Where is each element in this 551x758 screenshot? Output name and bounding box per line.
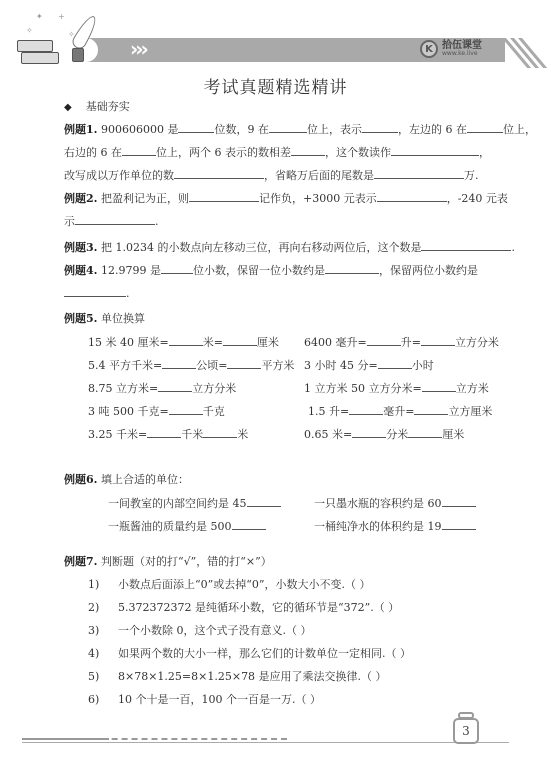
- answer-blank[interactable]: [223, 334, 257, 346]
- footer-rule: [22, 738, 509, 744]
- question-1-line-2: 右边的 6 在位上，两个 6 表示的数相差，这个数读作，: [64, 141, 490, 164]
- conversion-row-5-left: 3.25 千米=千米米: [88, 423, 248, 446]
- answer-blank[interactable]: [377, 190, 447, 202]
- answer-blank[interactable]: [374, 167, 464, 179]
- answer-blank[interactable]: [64, 285, 126, 297]
- conversion-row-1-left: 15 米 40 厘米=米=厘米: [88, 331, 279, 354]
- answer-blank[interactable]: [162, 357, 196, 369]
- true-false-item[interactable]: 5)8×78×1.25=8×1.25×78 是应用了乘法交换律.（ ）: [88, 665, 387, 688]
- unit-item: 一只墨水瓶的容积约是 60: [314, 492, 476, 515]
- answer-blank[interactable]: [291, 144, 325, 156]
- answer-blank[interactable]: [378, 357, 412, 369]
- conversion-row-3-right: 1 立方米 50 立方分米=立方米: [304, 377, 489, 400]
- conversion-row-2-left: 5.4 平方千米=公顷=平方米: [88, 354, 294, 377]
- answer-blank[interactable]: [362, 121, 398, 133]
- brand-logo: K 拾伍课堂 www.ke.live: [420, 40, 482, 58]
- answer-blank[interactable]: [203, 426, 237, 438]
- answer-blank[interactable]: [169, 334, 203, 346]
- answer-blank[interactable]: [158, 380, 192, 392]
- conversion-row-2-right: 3 小时 45 分=小时: [304, 354, 434, 377]
- answer-blank[interactable]: [269, 121, 307, 133]
- page-number: 3: [453, 718, 479, 744]
- unit-item: 一间教室的内部空间约是 45: [108, 492, 281, 515]
- answer-blank[interactable]: [178, 121, 214, 133]
- answer-blank[interactable]: [442, 518, 476, 530]
- answer-blank[interactable]: [227, 357, 261, 369]
- book-icon: [17, 40, 53, 52]
- header-banner: ✦ + ✧ ✧ ››› K 拾伍课堂 www.ke.live: [0, 0, 551, 70]
- inkpot-icon: [72, 48, 84, 62]
- conversion-row-4-left: 3 吨 500 千克=千克: [88, 400, 225, 423]
- footer-bottom-line: [22, 742, 509, 743]
- question-3: 例题3. 把 1.0234 的小数点向左移动三位，再向右移动两位后，这个数是.: [64, 236, 515, 259]
- sparkle-icon: +: [58, 12, 65, 21]
- question-4-line-2: .: [64, 282, 130, 305]
- answer-blank[interactable]: [189, 190, 259, 202]
- answer-blank[interactable]: [421, 239, 511, 251]
- conversion-row-1-right: 6400 毫升=升=立方分米: [304, 331, 499, 354]
- question-2-line-1: 例题2. 把盈利记为正，则记作负，+3000 元表示，-240 元表: [64, 187, 508, 210]
- answer-blank[interactable]: [414, 403, 448, 415]
- question-1-line-1: 例题1. 900606000 是位数，9 在位上，表示，左边的 6 在位上，: [64, 118, 536, 141]
- unit-item: 一桶纯净水的体积约是 19: [314, 515, 476, 538]
- answer-blank[interactable]: [408, 426, 442, 438]
- question-7-title: 例题7. 判断题（对的打“√”，错的打“×”）: [64, 550, 272, 573]
- conversion-row-4-right: 1.5 升=毫升=立方厘米: [308, 400, 492, 423]
- true-false-item[interactable]: 1)小数点后面添上“0”或去掉“0”，小数大小不变.（ ）: [88, 573, 370, 596]
- question-5-title: 例题5. 单位换算: [64, 307, 145, 330]
- answer-blank[interactable]: [232, 518, 266, 530]
- answer-blank[interactable]: [147, 426, 181, 438]
- book-icon: [21, 52, 59, 64]
- sparkle-icon: ✧: [26, 26, 33, 35]
- answer-blank[interactable]: [421, 334, 455, 346]
- unit-item: 一瓶酱油的质量约是 500: [108, 515, 266, 538]
- answer-blank[interactable]: [122, 144, 156, 156]
- answer-blank[interactable]: [352, 426, 386, 438]
- answer-blank[interactable]: [161, 262, 193, 274]
- answer-blank[interactable]: [367, 334, 401, 346]
- answer-blank[interactable]: [169, 403, 203, 415]
- stripes-decoration: [498, 38, 548, 62]
- answer-blank[interactable]: [174, 167, 264, 179]
- sparkle-icon: ✦: [36, 12, 43, 21]
- answer-blank[interactable]: [467, 121, 503, 133]
- answer-blank[interactable]: [349, 403, 383, 415]
- answer-blank[interactable]: [442, 495, 476, 507]
- conversion-row-3-left: 8.75 立方米=立方分米: [88, 377, 236, 400]
- footer-solid-line: [22, 738, 109, 740]
- question-4-line-1: 例题4. 12.9799 是位小数，保留一位小数约是，保留两位小数约是: [64, 259, 478, 282]
- answer-blank[interactable]: [75, 213, 155, 225]
- k-logo-icon: K: [420, 40, 438, 58]
- answer-blank[interactable]: [247, 495, 281, 507]
- brand-url: www.ke.live: [442, 51, 482, 57]
- true-false-item[interactable]: 2)5.372372372 是纯循环小数，它的循环节是“372”.（ ）: [88, 596, 399, 619]
- true-false-item[interactable]: 6)10 个十是一百，100 个一百是一万.（ ）: [88, 688, 321, 711]
- section-heading: ◆基础夯实: [64, 95, 130, 119]
- answer-blank[interactable]: [391, 144, 479, 156]
- true-false-item[interactable]: 4)如果两个数的大小一样，那么它们的计数单位一定相同.（ ）: [88, 642, 411, 665]
- question-2-line-2: 示.: [64, 210, 159, 233]
- question-1-line-3: 改写成以万作单位的数，省略万后面的尾数是万.: [64, 164, 479, 187]
- conversion-row-5-right: 0.65 米=分米厘米: [304, 423, 464, 446]
- answer-blank[interactable]: [422, 380, 456, 392]
- answer-blank[interactable]: [325, 262, 379, 274]
- diamond-icon: ◆: [64, 102, 72, 113]
- true-false-item[interactable]: 3)一个小数除 0，这个式子没有意义.（ ）: [88, 619, 312, 642]
- chevrons-icon: ›››: [130, 37, 146, 61]
- question-6-title: 例题6. 填上合适的单位：: [64, 468, 189, 491]
